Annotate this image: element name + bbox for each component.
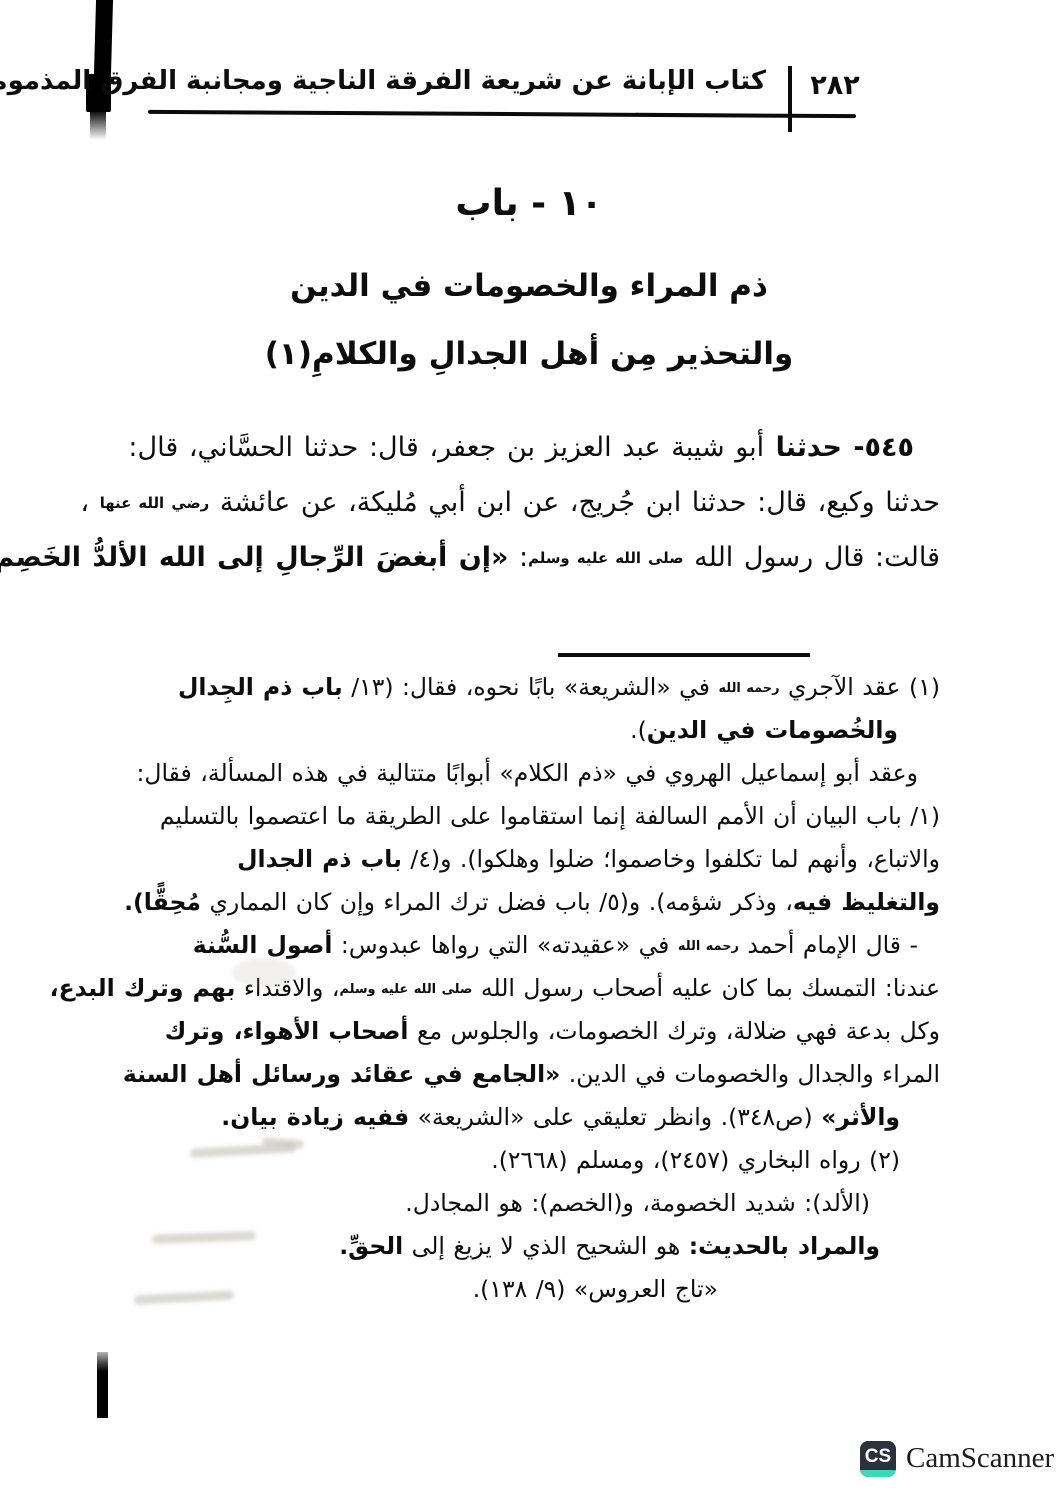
chapter-number-heading: ١٠ - باب (0, 183, 1058, 224)
header-divider-line (788, 66, 792, 132)
header-rule (148, 110, 856, 118)
book-title-header: كتاب الإبانة عن شريعة الفرقة الناجية ومج… (0, 66, 766, 96)
footnote-line: والأثر» (ص٣٤٨). وانظر تعليقي على «الشريع… (118, 1096, 940, 1139)
camscanner-logo-icon: CS (860, 1441, 896, 1477)
hadith-paragraph: ٥٤٥- حدثنا أبو شيبة عبد العزيز بن جعفر، … (118, 420, 940, 585)
footnote-line: وعقد أبو إسماعيل الهروي في «ذم الكلام» أ… (118, 752, 940, 795)
hadith-line: قالت: قال رسول الله صلى الله عليه وسلم: … (118, 530, 940, 585)
chapter-title-line-2: والتحذير مِن أهل الجدالِ والكلامِ(١) (0, 336, 1058, 372)
footnote-line: «تاج العروس» (٩/ ١٣٨). (118, 1268, 940, 1311)
scanned-book-page: كتاب الإبانة عن شريعة الفرقة الناجية ومج… (0, 0, 1058, 1497)
hadith-line: ٥٤٥- حدثنا أبو شيبة عبد العزيز بن جعفر، … (118, 420, 940, 475)
footnote-line: - قال الإمام أحمد رحمه الله في «عقيدته» … (118, 924, 940, 967)
footnote-line: والخُصومات في الدين). (118, 709, 940, 752)
footnote-line: (الألد): شديد الخصومة، و(الخصم): هو المج… (118, 1182, 940, 1225)
footnote-line: (١) عقد الآجري رحمه الله في «الشريعة» با… (118, 666, 940, 709)
hadith-line: حدثنا وكيع، قال: حدثنا ابن جُريج، عن ابن… (118, 475, 940, 530)
footnote-line: (١/ باب البيان أن الأمم السالفة إنما است… (118, 795, 940, 838)
footnote-line: المراء والجدال والخصومات في الدين. «الجا… (118, 1053, 940, 1096)
ink-bleed-artifact (232, 958, 296, 988)
scan-edge-artifact (97, 1352, 108, 1418)
scan-edge-artifact (90, 110, 106, 140)
camscanner-logo-teal-bar (860, 1470, 896, 1477)
page-number: ٢٨٢ (798, 70, 872, 101)
camscanner-logo-text: CS (860, 1442, 896, 1471)
footnote-line: والاتباع، وأنهم لما تكلفوا وخاصموا؛ ضلوا… (118, 838, 940, 881)
camscanner-label: CamScanner (906, 1442, 1054, 1475)
chapter-title-line-1: ذم المراء والخصومات في الدين (0, 268, 1058, 304)
footnotes-block: (١) عقد الآجري رحمه الله في «الشريعة» با… (118, 666, 940, 1311)
footnote-separator (558, 653, 810, 657)
footnote-line: وكل بدعة فهي ضلالة، وترك الخصومات، والجل… (118, 1010, 940, 1053)
footnote-line: والتغليظ فيه، وذكر شؤمه). و(٥/ باب فضل ت… (118, 881, 940, 924)
